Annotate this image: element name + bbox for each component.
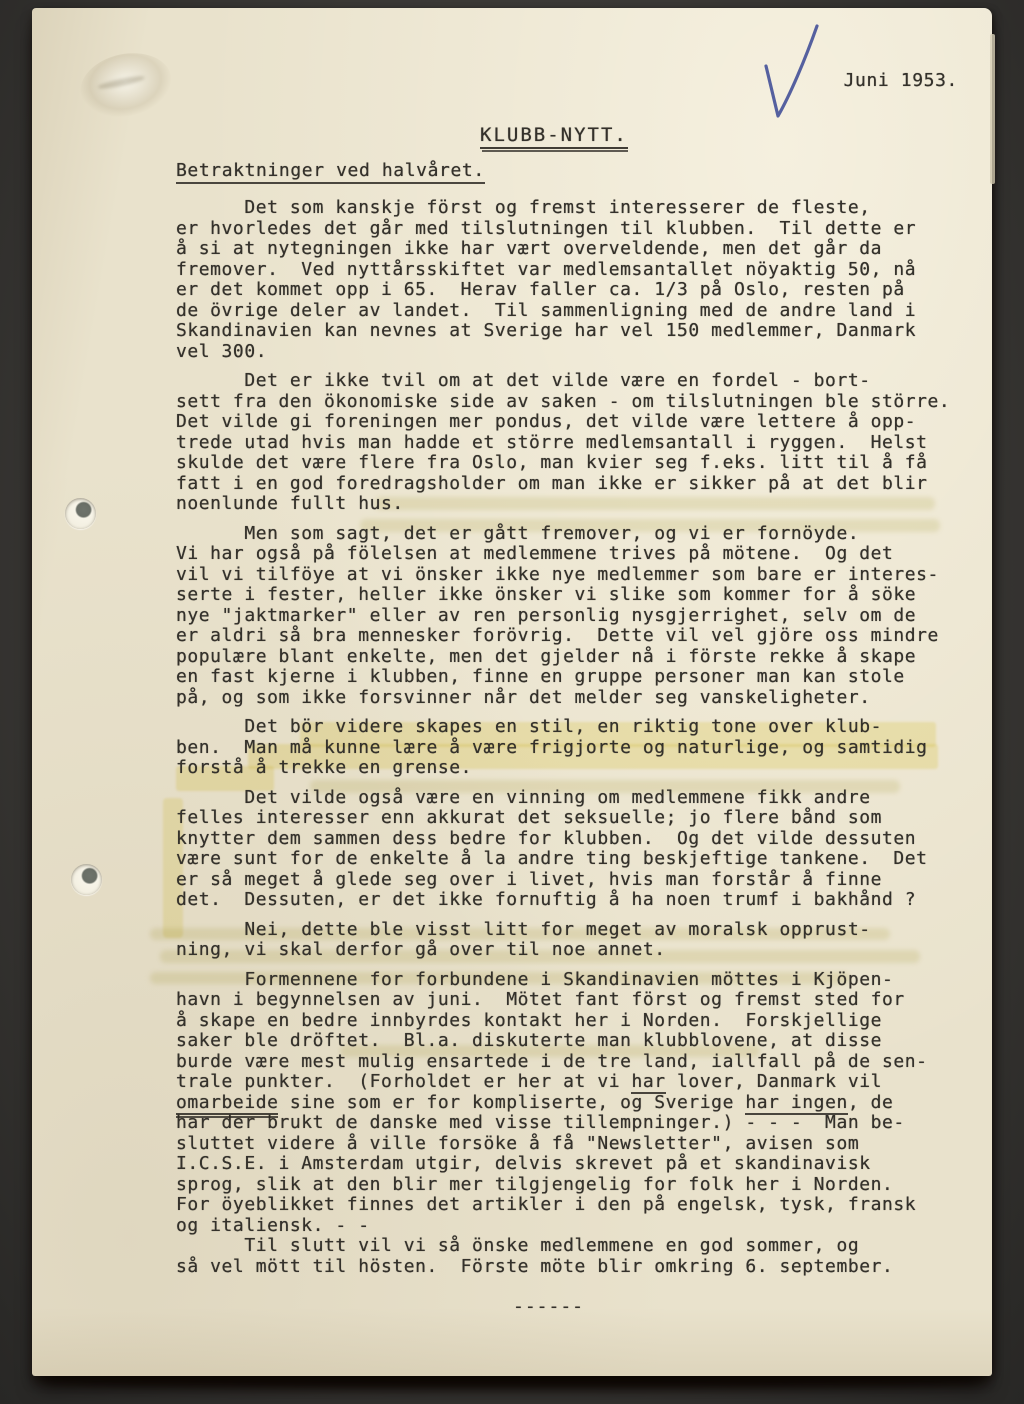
checkmark-icon bbox=[720, 22, 820, 126]
text-line: Det vilde gi foreningen mer pondus, det … bbox=[176, 412, 966, 433]
text-line: så vel mött til hösten. Förste möte blir… bbox=[176, 1257, 966, 1278]
text-line: å skape en bedre innbyrdes kontakt her i… bbox=[176, 1011, 966, 1032]
text-line: Nei, dette ble visst litt for meget av m… bbox=[176, 920, 966, 941]
text-line: ning, vi skal derfor gå over til noe ann… bbox=[176, 940, 966, 961]
scanned-page: Juni 1953. KLUBB-NYTT. Betraktninger ved… bbox=[32, 8, 992, 1376]
paragraph: Det som kanskje först og fremst interess… bbox=[176, 198, 966, 362]
punch-hole-bottom bbox=[71, 864, 102, 895]
text-line: en fast kjerne i klubben, finne en grupp… bbox=[176, 667, 966, 688]
text-line: knytter dem sammen dess bedre for klubbe… bbox=[176, 829, 966, 850]
paragraph: Formennene for forbundene i Skandinavien… bbox=[176, 970, 966, 1237]
text-line: Det som kanskje först og fremst interess… bbox=[176, 198, 966, 219]
text-line: serte i fester, heller ikke önsker vi sl… bbox=[176, 585, 966, 606]
text-line: Til slutt vil vi så önske medlemmene en … bbox=[176, 1236, 966, 1257]
text-line: å si at nytegningen ikke har vært overve… bbox=[176, 239, 966, 260]
text-line: Det vilde også være en vinning om medlem… bbox=[176, 788, 966, 809]
text-line: havn i begynnelsen av juni. Mötet fant f… bbox=[176, 990, 966, 1011]
paragraph: Men som sagt, det er gått fremover, og v… bbox=[176, 524, 966, 709]
text-line: er det kommet opp i 65. Herav faller ca.… bbox=[176, 280, 966, 301]
text-line: det. Dessuten, er det ikke fornuftig å h… bbox=[176, 890, 966, 911]
text-line: Men som sagt, det er gått fremover, og v… bbox=[176, 524, 966, 545]
text-line: populære blant enkelte, men det gjelder … bbox=[176, 647, 966, 668]
text-line: er hvorledes det går med tilslutningen t… bbox=[176, 219, 966, 240]
text-line: og italiensk. - - bbox=[176, 1216, 966, 1237]
text-line: saker ble dröftet. Bl.a. diskuterte man … bbox=[176, 1031, 966, 1052]
text-line: noenlunde fullt hus. bbox=[176, 494, 966, 515]
text-line: burde være mest mulig ensartede i de tre… bbox=[176, 1052, 966, 1073]
closing-dashes: ------ bbox=[513, 1296, 584, 1317]
text-line: er aldri så bra mennesker forövrig. Dett… bbox=[176, 626, 966, 647]
text-line: Det er ikke tvil om at det vilde være en… bbox=[176, 371, 966, 392]
text-line: Det bör videre skapes en stil, en riktig… bbox=[176, 717, 966, 738]
text-line: ben. Man må kunne lære å være frigjorte … bbox=[176, 738, 966, 759]
text-line: er så meget å glede seg over i livet, hv… bbox=[176, 870, 966, 891]
text-line: Skandinavien kan nevnes at Sverige har v… bbox=[176, 321, 966, 342]
text-line: trale punkter. (Forholdet er her at vi h… bbox=[176, 1072, 966, 1093]
text-line: de övrige deler av landet. Til sammenlig… bbox=[176, 301, 966, 322]
text-line: har der brukt de danske med visse tillem… bbox=[176, 1113, 966, 1134]
paragraph: Det vilde også være en vinning om medlem… bbox=[176, 788, 966, 911]
text-line: sett fra den ökonomiske side av saken - … bbox=[176, 392, 966, 413]
text-line: vel 300. bbox=[176, 342, 966, 363]
paragraph: Det er ikke tvil om at det vilde være en… bbox=[176, 371, 966, 515]
text-line: Formennene for forbundene i Skandinavien… bbox=[176, 970, 966, 991]
text-line: fatt i en god foredragsholder om man ikk… bbox=[176, 474, 966, 495]
text-line: felles interesser enn akkurat det seksue… bbox=[176, 808, 966, 829]
paragraph: Nei, dette ble visst litt for meget av m… bbox=[176, 920, 966, 961]
stacked-sheet-edge bbox=[990, 34, 995, 184]
text-line: trede utad hvis man hadde et större medl… bbox=[176, 433, 966, 454]
text-line: fremover. Ved nyttårsskiftet var medlems… bbox=[176, 260, 966, 281]
section-heading: Betraktninger ved halvåret. bbox=[176, 160, 485, 184]
page-title: KLUBB-NYTT. bbox=[480, 124, 628, 149]
text-line: sprog, slik at den blir mer tilgjengelig… bbox=[176, 1175, 966, 1196]
paragraph: Til slutt vil vi så önske medlemmene en … bbox=[176, 1236, 966, 1277]
text-line: vil vi tilföye at vi önsker ikke nye med… bbox=[176, 565, 966, 586]
text-line: Vi har også på fölelsen at medlemmene tr… bbox=[176, 544, 966, 565]
text-line: I.C.S.E. i Amsterdam utgir, delvis skrev… bbox=[176, 1154, 966, 1175]
text-line: For öyeblikket finnes det artikler i den… bbox=[176, 1195, 966, 1216]
text-line: på, og som ikke forsvinner når det melde… bbox=[176, 688, 966, 709]
date-stamp: Juni 1953. bbox=[844, 70, 958, 91]
text-line: forstå å trekke en grense. bbox=[176, 758, 966, 779]
text-line: være sunt for de enkelte å la andre ting… bbox=[176, 849, 966, 870]
text-line: sluttet videre å ville forsöke å få "New… bbox=[176, 1134, 966, 1155]
punch-hole-top bbox=[65, 498, 96, 529]
paragraph: Det bör videre skapes en stil, en riktig… bbox=[176, 717, 966, 779]
text-line: nye "jaktmarker" eller av ren personlig … bbox=[176, 606, 966, 627]
crease-mark bbox=[75, 45, 178, 125]
background-mat: { "page": { "date_stamp": "Juni 1953.", … bbox=[0, 0, 1024, 1404]
text-line: skulde det være flere fra Oslo, man kvie… bbox=[176, 453, 966, 474]
body-text: Det som kanskje först og fremst interess… bbox=[176, 198, 966, 1277]
text-line: omarbeide sine som er for kompliserte, o… bbox=[176, 1093, 966, 1114]
